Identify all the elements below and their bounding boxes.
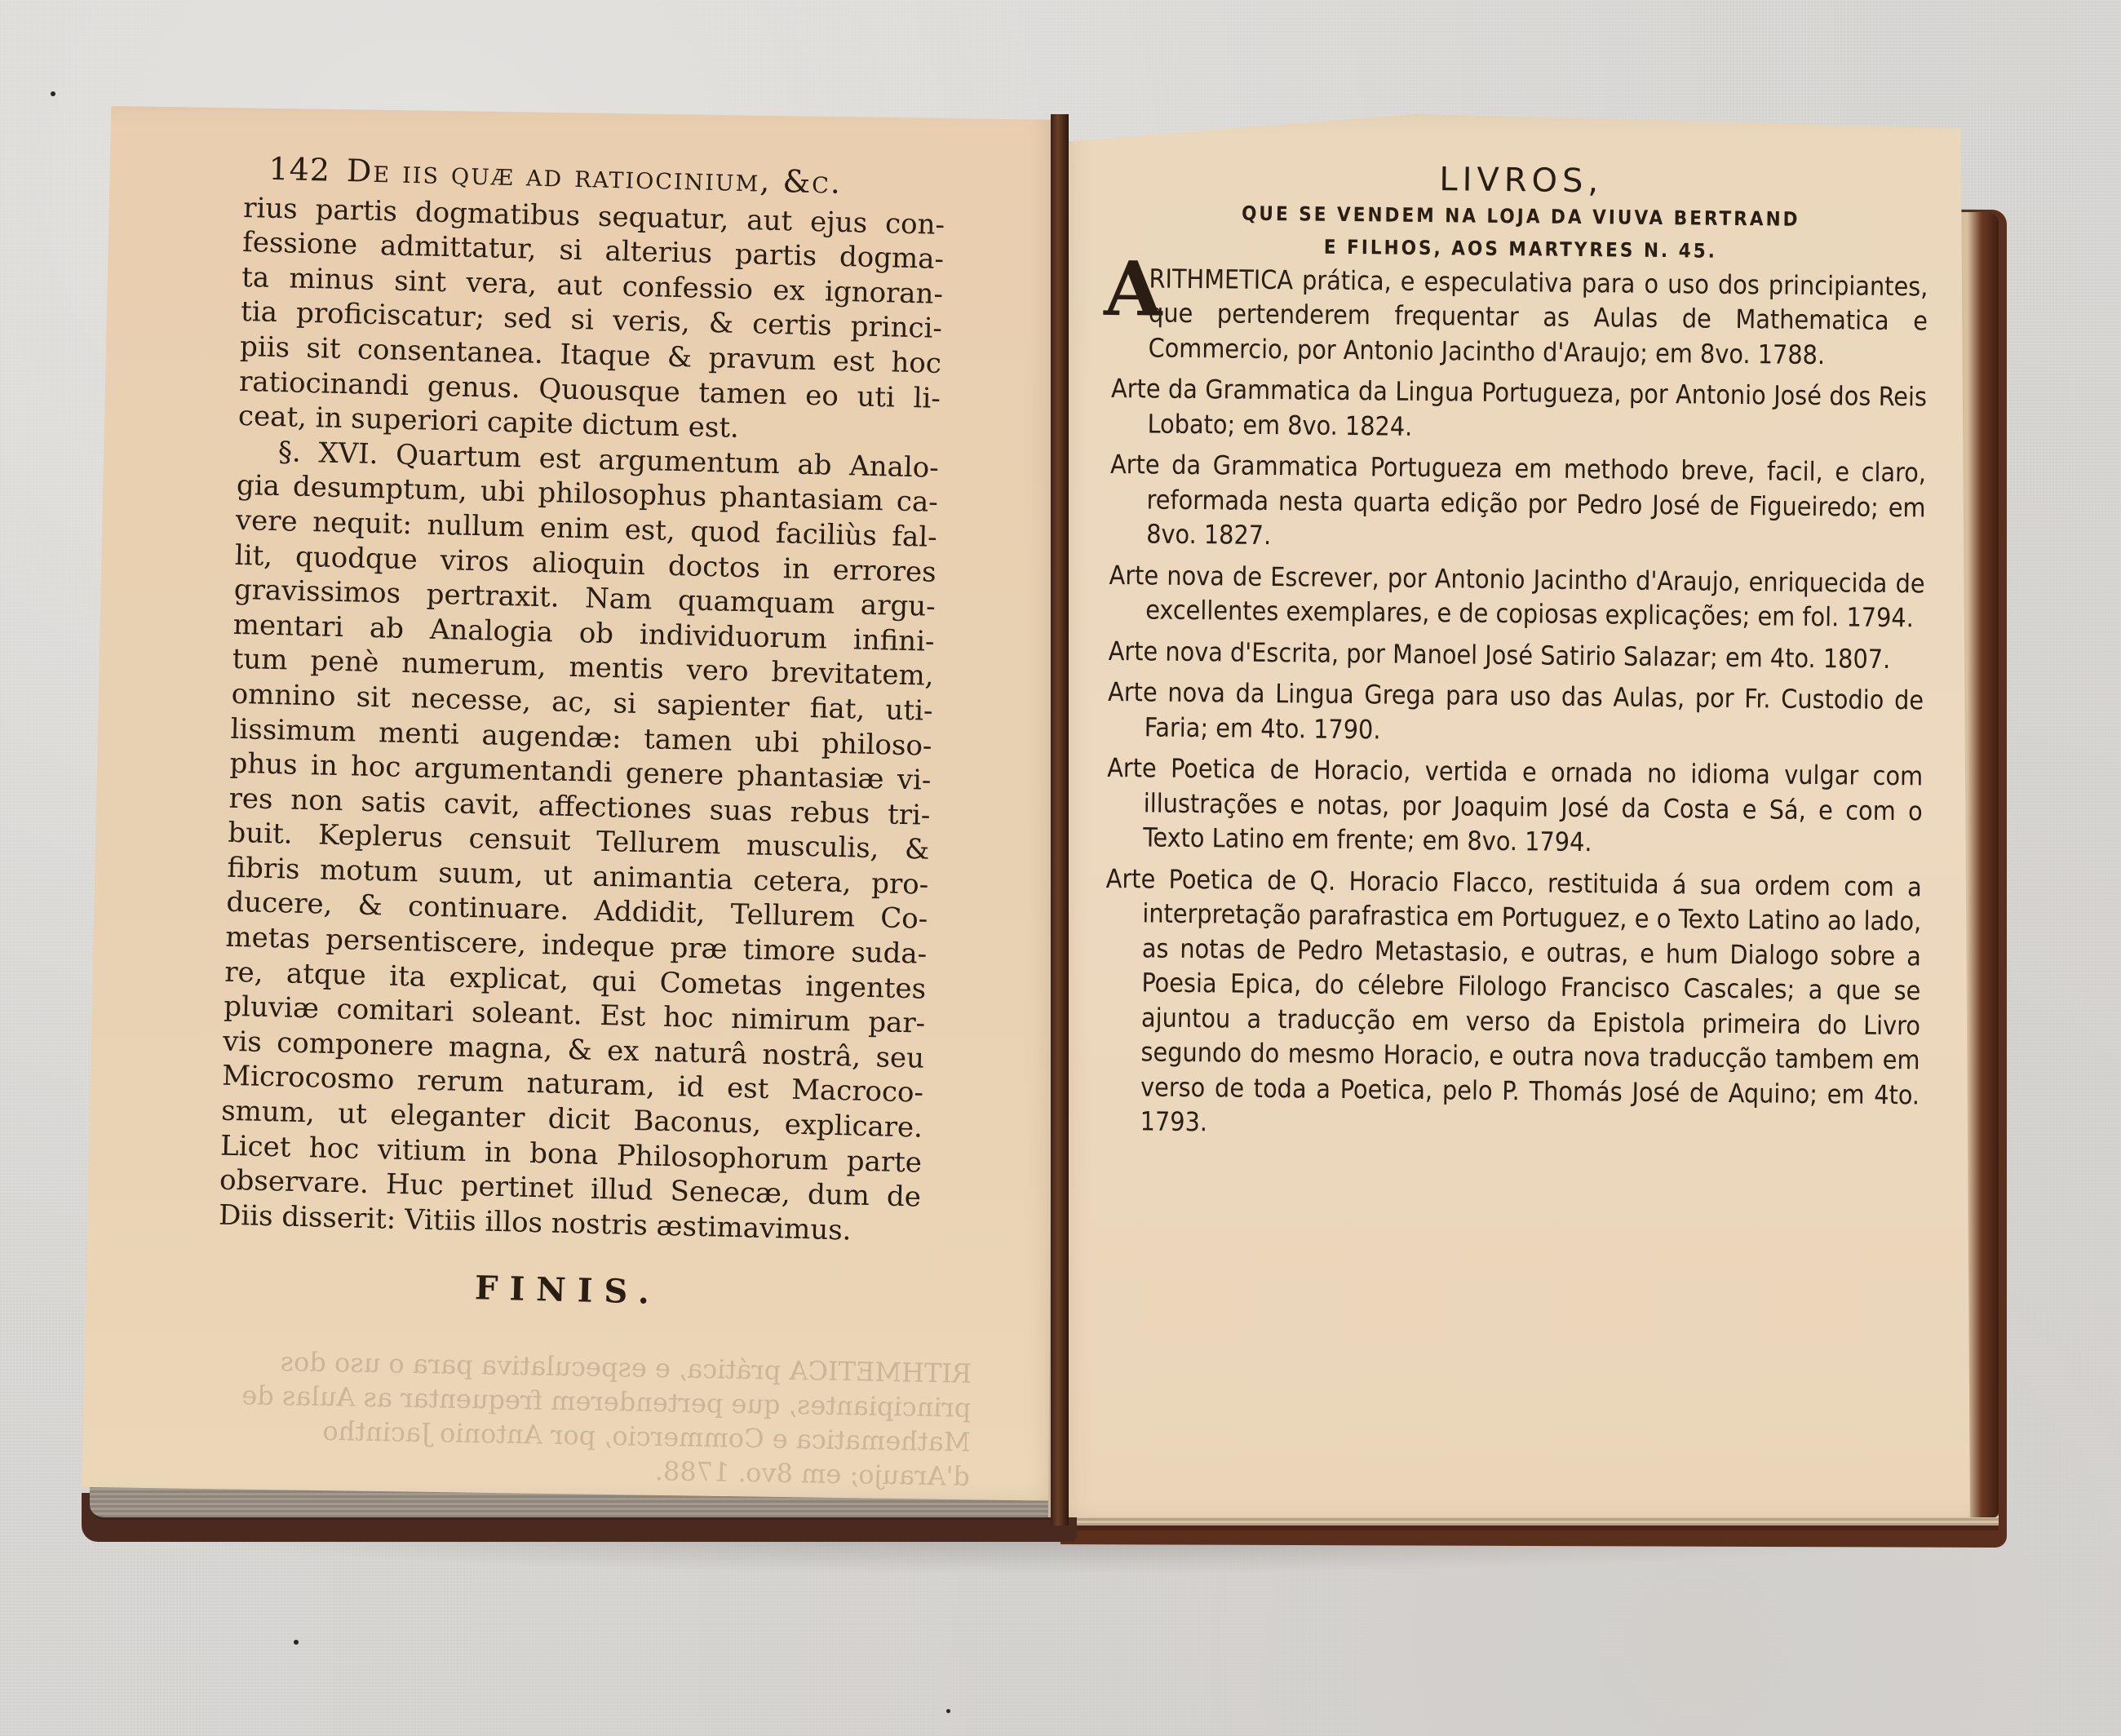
catalog-entry-text: Arte Poetica de Q. Horacio Flacco, resti… [1106,862,1922,1137]
left-page: 142De iis quæ ad ratiocinium, &c. rius p… [82,106,1069,1501]
catalog-entry-text: Arte da Grammatica Portugueza em methodo… [1110,449,1926,551]
running-head-title: De iis quæ ad ratiocinium, &c. [346,153,842,201]
finis-label: FINIS. [217,1265,919,1317]
catalog-entry: Arte nova de Escrever, por Antonio Jacin… [1109,557,1925,635]
catalog-entry-text: Arte nova de Escrever, por Antonio Jacin… [1109,559,1924,633]
left-page-text: 142De iis quæ ad ratiocinium, &c. rius p… [217,151,946,1317]
catalog-entry: Arte da Grammatica Portugueza em methodo… [1109,447,1926,560]
catalog-entry: Arte Poetica de Horacio, vertida e ornad… [1106,751,1923,863]
catalog-entry: ARITHMETICA prática, e especulativa para… [1111,260,1928,373]
catalog-entries: ARITHMETICA prática, e especulativa para… [1103,260,1928,1146]
catalog-entry-text: Arte nova d'Escrita, por Manoel José Sat… [1108,635,1890,674]
catalog-entry-text: Arte Poetica de Horacio, vertida e ornad… [1107,752,1923,857]
dust-speck [51,91,55,96]
ghost-line: RITHMETICA prática, e especulativa para … [236,1344,972,1494]
catalog-entry-text: Arte da Grammatica da Lingua Portugueza,… [1111,373,1927,441]
left-paragraph: rius partis dogmatibus sequatur, aut eju… [238,191,945,451]
catalog-entry: Arte nova da Lingua Grega para uso das A… [1107,675,1924,752]
book-gutter-spine [1051,114,1069,1526]
catalog-entry: Arte Poetica de Q. Horacio Flacco, resti… [1103,861,1922,1146]
catalog-entry: Arte da Grammatica da Lingua Portugueza,… [1110,371,1927,449]
right-page: LIVROS, QUE SE VENDEM NA LOJA DA VIUVA B… [1048,114,1970,1517]
right-page-text: LIVROS, QUE SE VENDEM NA LOJA DA VIUVA B… [1103,159,1929,1154]
show-through-text: RITHMETICA prática, e especulativa para … [236,1344,972,1494]
catalog-entry-text: RITHMETICA prática, e especulativa para … [1148,263,1928,370]
dust-speck [294,1640,299,1645]
catalog-title: LIVROS, [1114,159,1929,202]
dust-speck [946,1709,950,1713]
page-number: 142 [268,151,331,188]
catalog-entry: Arte nova d'Escrita, por Manoel José Sat… [1108,633,1924,676]
section-xvi-paragraph: §. XVI. Quartum est argumentum ab Analo-… [219,434,940,1250]
catalog-entry-text: Arte nova da Lingua Grega para uso das A… [1108,676,1924,745]
drop-cap: A [1104,255,1162,321]
